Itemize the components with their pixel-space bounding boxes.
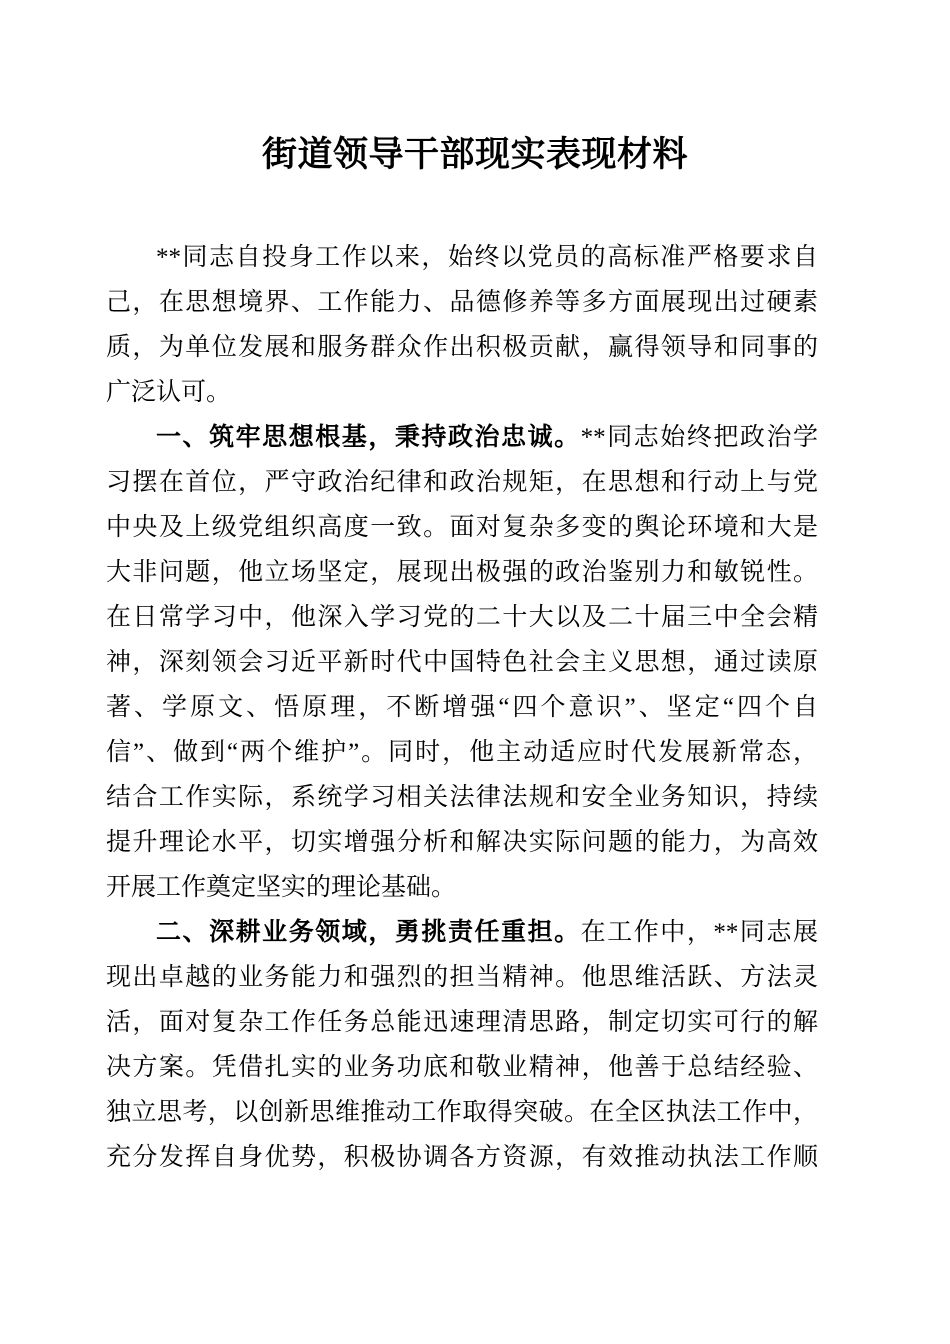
text-run: 己，在思想境界、工作能力、品德修养等多方面展现出过硬素	[106, 289, 818, 316]
text-run: 著、学原文、悟原理，不断增强“四个意识”、坚定“四个自	[106, 694, 818, 721]
text-line: 习摆在首位，严守政治纪律和政治规矩，在思想和行动上与党	[106, 460, 818, 505]
text-line: 质，为单位发展和服务群众作出积极贡献，赢得领导和同事的	[106, 325, 818, 370]
text-run: 充分发挥自身优势，积极协调各方资源，有效推动执法工作顺	[106, 1144, 818, 1171]
text-run: 现出卓越的业务能力和强烈的担当精神。他思维活跃、方法灵	[106, 964, 818, 991]
document-page: 街道领导干部现实表现材料 **同志自投身工作以来，始终以党员的高标准严格要求自己…	[0, 0, 950, 1344]
text-run: 信”、做到“两个维护”。同时，他主动适应时代发展新常态，	[106, 739, 818, 766]
text-line: 开展工作奠定坚实的理论基础。	[106, 865, 818, 910]
text-line: 神，深刻领会习近平新时代中国特色社会主义思想，通过读原	[106, 640, 818, 685]
text-line: 决方案。凭借扎实的业务功底和敬业精神，他善于总结经验、	[106, 1045, 818, 1090]
section-heading-run: 二、深耕业务领域，勇挑责任重担。	[156, 918, 581, 946]
text-run: 广泛认可。	[106, 379, 231, 406]
text-run: 结合工作实际，系统学习相关法律法规和安全业务知识，持续	[106, 784, 818, 811]
text-line: 独立思考，以创新思维推动工作取得突破。在全区执法工作中，	[106, 1090, 818, 1135]
text-run: 大非问题，他立场坚定，展现出极强的政治鉴别力和敏锐性。	[106, 559, 818, 586]
text-run: 决方案。凭借扎实的业务功底和敬业精神，他善于总结经验、	[106, 1054, 818, 1081]
text-line: 著、学原文、悟原理，不断增强“四个意识”、坚定“四个自	[106, 685, 818, 730]
text-run: 神，深刻领会习近平新时代中国特色社会主义思想，通过读原	[106, 649, 818, 676]
text-line: 大非问题，他立场坚定，展现出极强的政治鉴别力和敏锐性。	[106, 550, 818, 595]
document-body: **同志自投身工作以来，始终以党员的高标准严格要求自己，在思想境界、工作能力、品…	[106, 235, 818, 1180]
text-run: **同志始终把政治学	[581, 424, 818, 451]
text-line: 现出卓越的业务能力和强烈的担当精神。他思维活跃、方法灵	[106, 955, 818, 1000]
text-run: 在工作中，**同志展	[581, 919, 818, 946]
paragraph: 二、深耕业务领域，勇挑责任重担。在工作中，**同志展现出卓越的业务能力和强烈的担…	[106, 910, 818, 1180]
paragraph: 一、筑牢思想根基，秉持政治忠诚。**同志始终把政治学习摆在首位，严守政治纪律和政…	[106, 415, 818, 910]
text-line: 在日常学习中，他深入学习党的二十大以及二十届三中全会精	[106, 595, 818, 640]
section-heading-run: 一、筑牢思想根基，秉持政治忠诚。	[156, 423, 581, 451]
text-run: 开展工作奠定坚实的理论基础。	[106, 874, 456, 901]
text-run: 在日常学习中，他深入学习党的二十大以及二十届三中全会精	[106, 604, 818, 631]
text-run: 提升理论水平，切实增强分析和解决实际问题的能力，为高效	[106, 829, 818, 856]
text-line: 充分发挥自身优势，积极协调各方资源，有效推动执法工作顺	[106, 1135, 818, 1180]
text-line: 结合工作实际，系统学习相关法律法规和安全业务知识，持续	[106, 775, 818, 820]
paragraph: **同志自投身工作以来，始终以党员的高标准严格要求自己，在思想境界、工作能力、品…	[106, 235, 818, 415]
text-line: 信”、做到“两个维护”。同时，他主动适应时代发展新常态，	[106, 730, 818, 775]
text-run: 习摆在首位，严守政治纪律和政治规矩，在思想和行动上与党	[106, 469, 818, 496]
text-run: **同志自投身工作以来，始终以党员的高标准严格要求自	[156, 244, 818, 271]
text-run: 活，面对复杂工作任务总能迅速理清思路，制定切实可行的解	[106, 1009, 818, 1036]
text-line: 一、筑牢思想根基，秉持政治忠诚。**同志始终把政治学	[106, 415, 818, 460]
document-title: 街道领导干部现实表现材料	[0, 132, 950, 178]
text-run: 中央及上级党组织高度一致。面对复杂多变的舆论环境和大是	[106, 514, 818, 541]
text-run: 独立思考，以创新思维推动工作取得突破。在全区执法工作中，	[106, 1099, 818, 1126]
text-line: 二、深耕业务领域，勇挑责任重担。在工作中，**同志展	[106, 910, 818, 955]
text-line: 中央及上级党组织高度一致。面对复杂多变的舆论环境和大是	[106, 505, 818, 550]
text-line: 活，面对复杂工作任务总能迅速理清思路，制定切实可行的解	[106, 1000, 818, 1045]
text-line: 广泛认可。	[106, 370, 818, 415]
text-run: 质，为单位发展和服务群众作出积极贡献，赢得领导和同事的	[106, 334, 818, 361]
text-line: **同志自投身工作以来，始终以党员的高标准严格要求自	[106, 235, 818, 280]
text-line: 己，在思想境界、工作能力、品德修养等多方面展现出过硬素	[106, 280, 818, 325]
text-line: 提升理论水平，切实增强分析和解决实际问题的能力，为高效	[106, 820, 818, 865]
